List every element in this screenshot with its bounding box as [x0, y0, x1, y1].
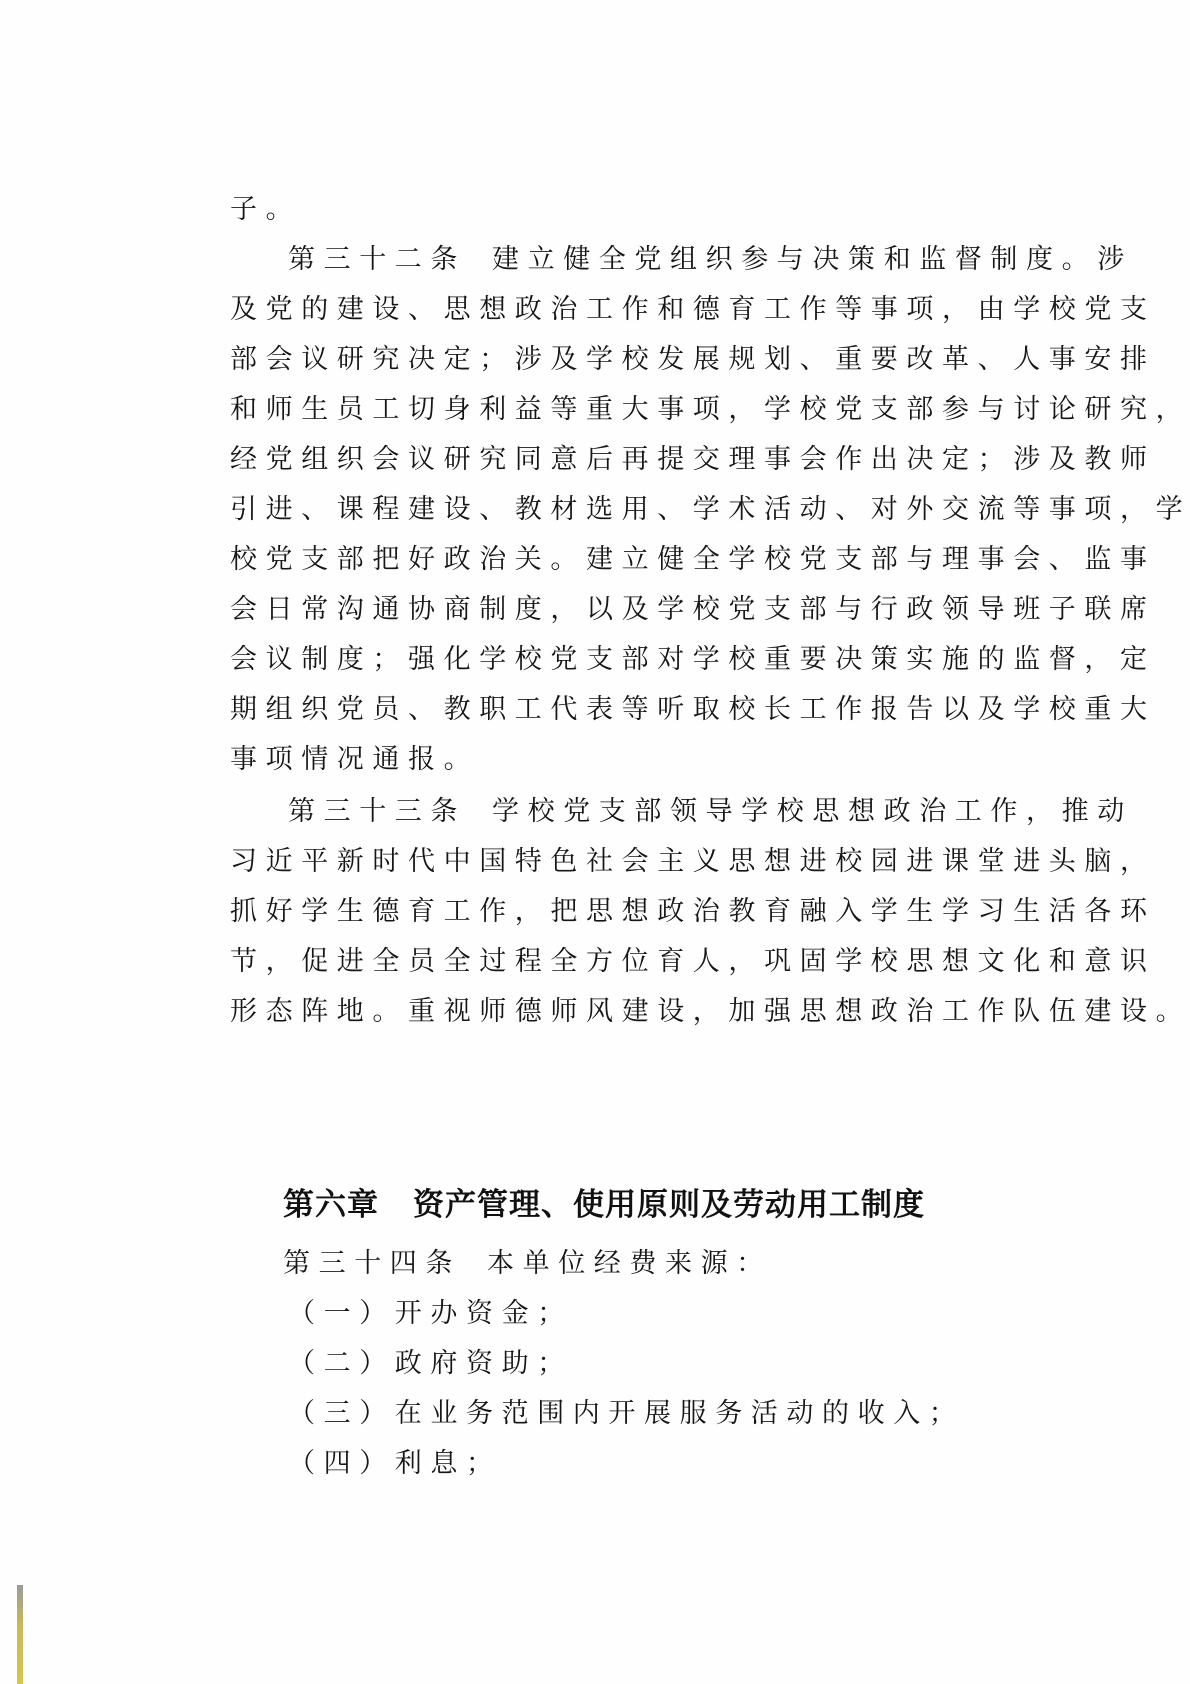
continuation-text: 子。 — [230, 192, 301, 228]
article-32-first-line: 第三十二条建立健全党组织参与决策和监督制度。涉 — [288, 242, 1133, 278]
chapter-title: 资产管理、使用原则及劳动用工制度 — [413, 1187, 925, 1223]
article-33-line-4: 形态阵地。重视师德师风建设，加强思想政治工作队伍建设。 — [230, 994, 1190, 1030]
article-32-number: 第三十二条 — [288, 244, 466, 275]
article-32-line-0: 建立健全党组织参与决策和监督制度。涉 — [492, 244, 1133, 275]
article-32-line-6: 校党支部把好政治关。建立健全学校党支部与理事会、监事 — [230, 542, 1156, 578]
funding-item-3: （三）在业务范围内开展服务活动的收入； — [288, 1396, 964, 1432]
article-33-line-3: 节，促进全员全过程全方位育人，巩固学校思想文化和意识 — [230, 944, 1156, 980]
article-32-line-4: 经党组织会议研究同意后再提交理事会作出决定；涉及教师 — [230, 442, 1156, 478]
article-32-line-3: 和师生员工切身利益等重大事项，学校党支部参与讨论研究， — [230, 392, 1190, 428]
funding-item-4: （四）利息； — [288, 1446, 502, 1482]
article-33-number: 第三十三条 — [288, 796, 466, 827]
scan-edge-artifact — [17, 1585, 23, 1684]
article-33-line-0: 学校党支部领导学校思想政治工作，推动 — [492, 796, 1133, 827]
chapter-heading: 第六章资产管理、使用原则及劳动用工制度 — [283, 1179, 925, 1224]
article-32-line-8: 会议制度；强化学校党支部对学校重要决策实施的监督，定 — [230, 642, 1156, 678]
article-32-line-1: 及党的建设、思想政治工作和德育工作等事项，由学校党支 — [230, 292, 1156, 328]
article-33-line-1: 习近平新时代中国特色社会主义思想进校园进课堂进头脑， — [230, 844, 1156, 880]
funding-item-2: （二）政府资助； — [288, 1346, 573, 1382]
chapter-number: 第六章 — [283, 1187, 379, 1223]
article-34-text: 本单位经费来源： — [487, 1248, 772, 1279]
article-32-line-2: 部会议研究决定；涉及学校发展规划、重要改革、人事安排 — [230, 342, 1156, 378]
article-34-number: 第三十四条 — [283, 1248, 461, 1279]
article-33-line-2: 抓好学生德育工作，把思想政治教育融入学生学习生活各环 — [230, 894, 1156, 930]
document-page: 子。 第三十二条建立健全党组织参与决策和监督制度。涉 及党的建设、思想政治工作和… — [0, 0, 1190, 1684]
article-32-line-7: 会日常沟通协商制度，以及学校党支部与行政领导班子联席 — [230, 592, 1156, 628]
article-33-first-line: 第三十三条学校党支部领导学校思想政治工作，推动 — [288, 794, 1133, 830]
article-32-line-10: 事项情况通报。 — [230, 742, 479, 778]
article-34-first-line: 第三十四条本单位经费来源： — [283, 1246, 772, 1282]
article-32-line-9: 期组织党员、教职工代表等听取校长工作报告以及学校重大 — [230, 692, 1156, 728]
article-32-line-5: 引进、课程建设、教材选用、学术活动、对外交流等事项，学 — [230, 492, 1190, 528]
funding-item-1: （一）开办资金； — [288, 1296, 573, 1332]
